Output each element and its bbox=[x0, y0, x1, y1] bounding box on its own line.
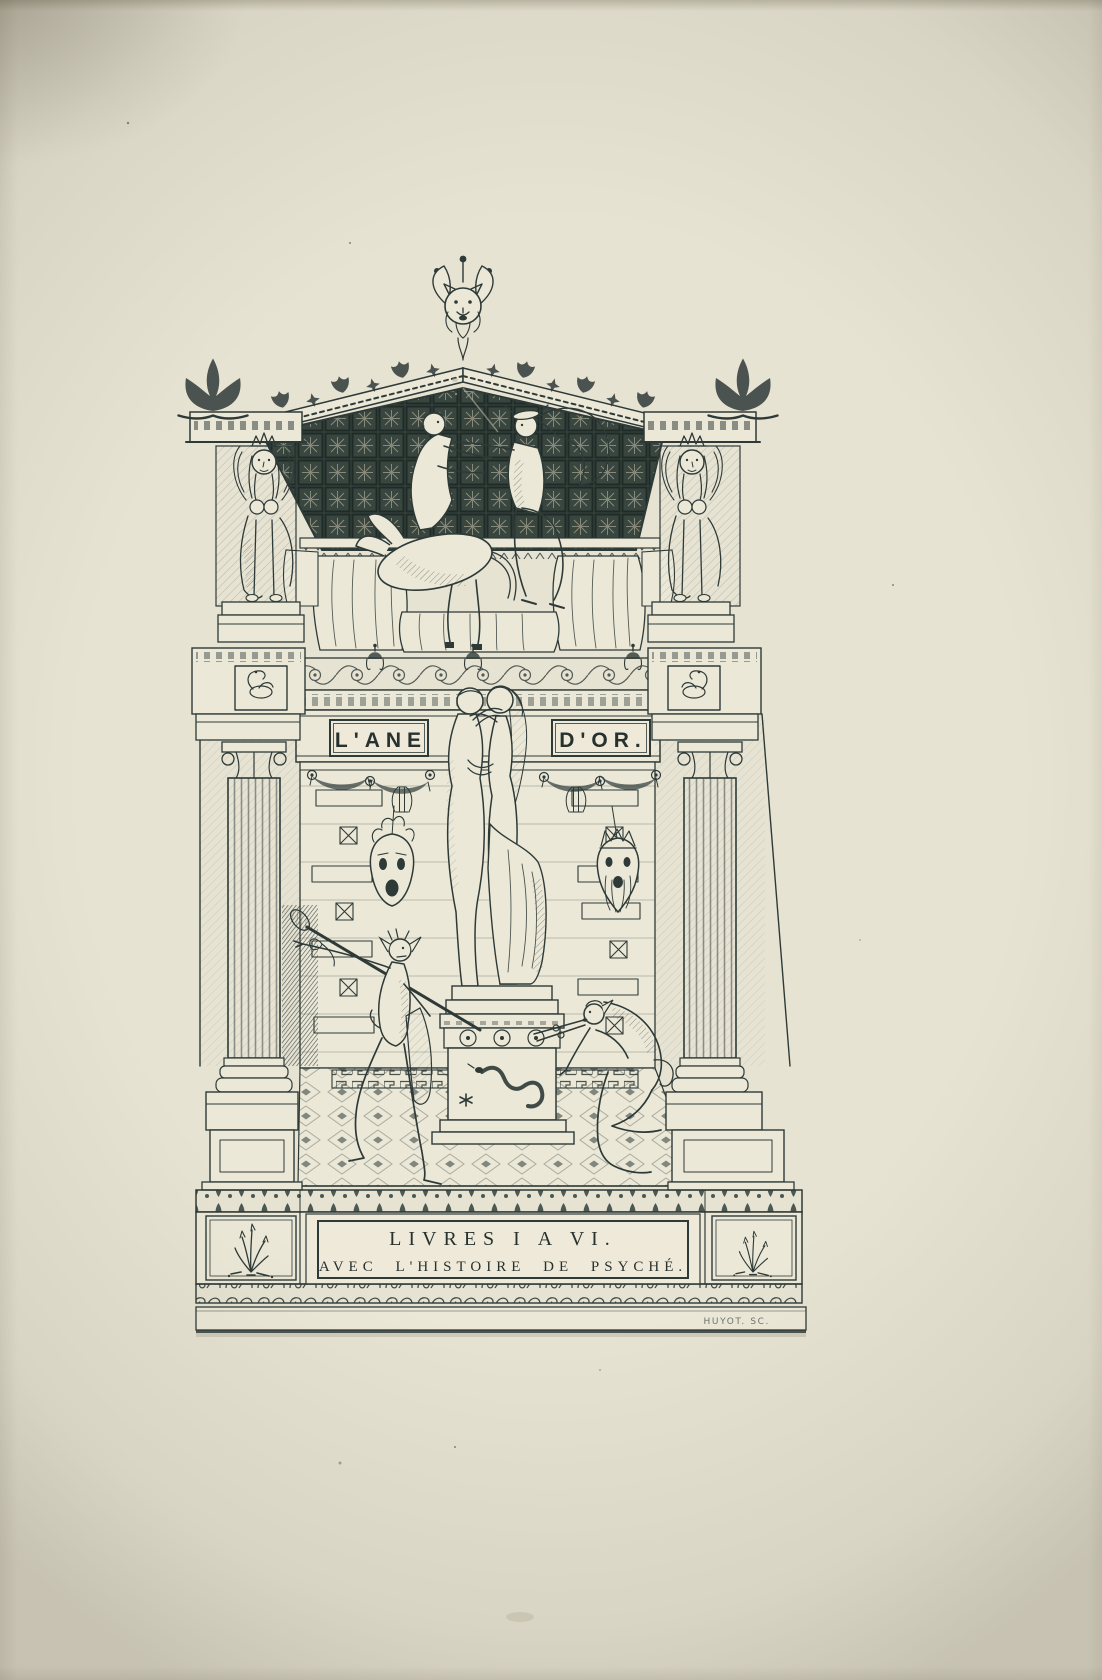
column-right bbox=[672, 742, 748, 1092]
frieze-title-right: D'OR. bbox=[559, 729, 647, 752]
plant-panel-right bbox=[712, 1216, 796, 1280]
pedestal-right bbox=[666, 1092, 794, 1190]
plant-panel-left bbox=[206, 1216, 296, 1280]
molding-anthemion bbox=[196, 1190, 802, 1212]
bay-right bbox=[648, 648, 794, 1190]
engraver-signature: HUYOT. SC. bbox=[704, 1317, 770, 1327]
pedestal-left bbox=[202, 1092, 302, 1190]
acroterion-right-icon bbox=[709, 359, 778, 419]
sphinx-right bbox=[648, 433, 740, 642]
bottom-step: HUYOT. SC. bbox=[196, 1307, 806, 1337]
bay-left bbox=[192, 648, 305, 1190]
frieze-panel-left: L'ANE bbox=[330, 720, 428, 756]
column-left bbox=[216, 742, 292, 1092]
scanned-page: L'ANE D'OR. bbox=[0, 0, 1102, 1680]
lion-mask-finial-icon bbox=[433, 256, 493, 360]
statue-pedestal bbox=[432, 986, 574, 1144]
frieze-panel-right: D'OR. bbox=[552, 720, 650, 756]
base-title-line1: LIVRES I A VI. bbox=[389, 1228, 617, 1250]
scroll-frieze bbox=[196, 1284, 802, 1303]
base-plinth: LIVRES I A VI. AVEC L'HISTOIRE DE PSYCHÉ… bbox=[196, 1212, 802, 1284]
engraving: L'ANE D'OR. bbox=[0, 0, 1102, 1680]
base-title-line2: AVEC L'HISTOIRE DE PSYCHÉ. bbox=[319, 1258, 687, 1275]
frieze-title-left: L'ANE bbox=[335, 729, 427, 752]
sphinx-left bbox=[216, 433, 304, 642]
acroterion-left-icon bbox=[179, 359, 248, 419]
base-text-panel: LIVRES I A VI. AVEC L'HISTOIRE DE PSYCHÉ… bbox=[306, 1214, 700, 1284]
